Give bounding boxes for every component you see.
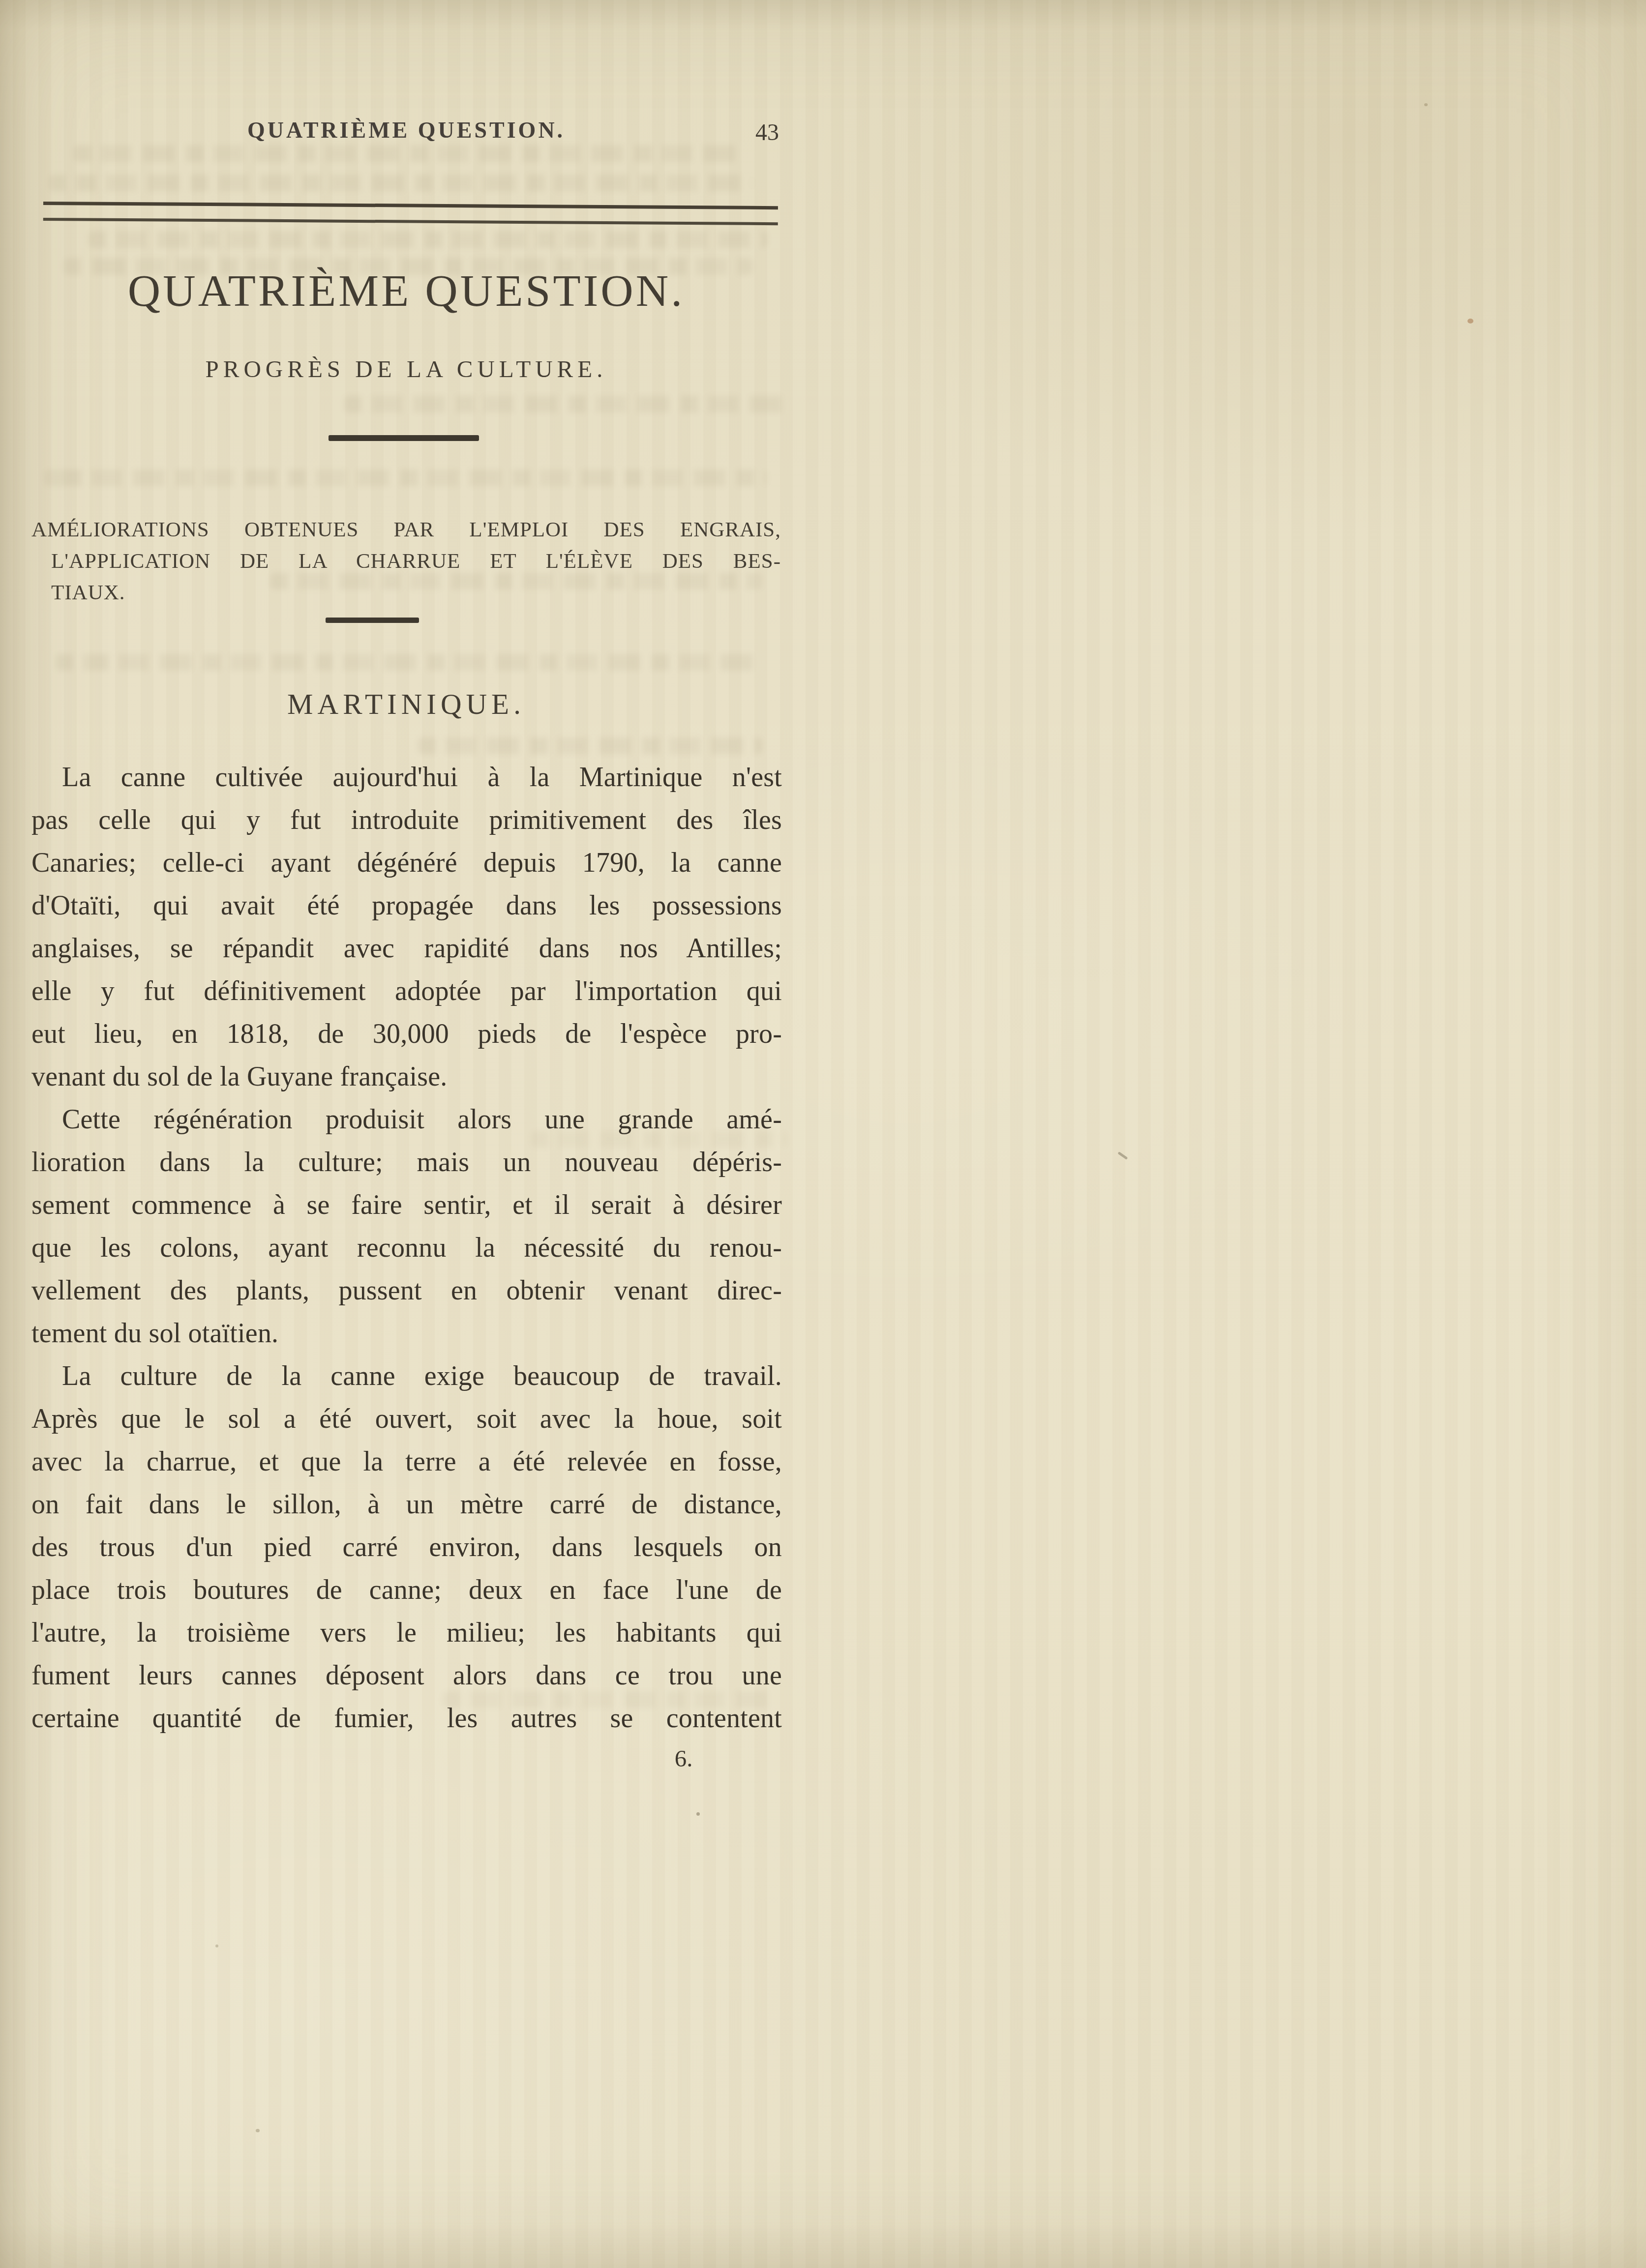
section-heading-line: TIAUX.	[31, 577, 781, 609]
text-line: La culture de la canne exige beaucoup de…	[31, 1355, 782, 1398]
text-line: Canaries; celle-ci ayant dégénéré depuis…	[31, 842, 782, 884]
paper-speck	[215, 1944, 218, 1947]
text-line: l'autre, la troisième vers le milieu; le…	[31, 1612, 782, 1654]
section-heading: AMÉLIORATIONS OBTENUES PAR L'EMPLOI DES …	[31, 514, 781, 609]
text-line: La canne cultivée aujourd'hui à la Marti…	[31, 756, 782, 799]
region-heading: MARTINIQUE.	[31, 687, 781, 721]
bleed-through-smudge	[54, 654, 762, 671]
text-line: sement commence à se faire sentir, et il…	[31, 1184, 782, 1227]
text-line: elle y fut définitivement adoptée par l'…	[31, 970, 782, 1013]
text-line: des trous d'un pied carré environ, dans …	[31, 1526, 782, 1569]
text-line: Après que le sol a été ouvert, soit avec…	[31, 1398, 782, 1441]
chapter-title: QUATRIÈME QUESTION.	[31, 265, 781, 317]
running-header: QUATRIÈME QUESTION.	[31, 117, 781, 143]
section-heading-line: AMÉLIORATIONS OBTENUES PAR L'EMPLOI DES …	[31, 514, 781, 546]
text-line: que les colons, ayant reconnu la nécessi…	[31, 1227, 782, 1269]
text-line: anglaises, se répandit avec rapidité dan…	[31, 927, 782, 970]
paragraph-1: La canne cultivée aujourd'hui à la Marti…	[31, 756, 782, 1098]
page-number: 43	[738, 119, 797, 146]
text-line: certaine quantité de fumier, les autres …	[31, 1697, 782, 1740]
paper-speck	[256, 2129, 260, 2132]
bleed-through-smudge	[418, 737, 762, 754]
body-text: La canne cultivée aujourd'hui à la Marti…	[31, 756, 782, 1740]
text-line: on fait dans le sillon, à un mètre carré…	[31, 1483, 782, 1526]
short-rule-divider-2	[326, 618, 419, 623]
bleed-through-smudge	[89, 231, 767, 248]
bleed-through-smudge	[49, 175, 752, 191]
text-line: eut lieu, en 1818, de 30,000 pieds de l'…	[31, 1013, 782, 1056]
bleed-through-smudge	[74, 145, 738, 162]
paragraph-3: La culture de la canne exige beaucoup de…	[31, 1355, 782, 1740]
double-rule-divider	[43, 202, 778, 225]
paragraph-2: Cette régénération produisit alors une g…	[31, 1098, 782, 1355]
text-line: lioration dans la culture; mais un nouve…	[31, 1141, 782, 1184]
text-line: venant du sol de la Guyane française.	[31, 1056, 782, 1098]
paper-speck	[1467, 319, 1473, 324]
paper-speck	[696, 1812, 700, 1816]
text-line: tement du sol otaïtien.	[31, 1312, 782, 1355]
section-heading-line: L'APPLICATION DE LA CHARRUE ET L'ÉLÈVE D…	[31, 546, 781, 577]
text-line: Cette régénération produisit alors une g…	[31, 1098, 782, 1141]
paper-speck	[1424, 103, 1428, 106]
short-rule-divider	[329, 435, 479, 441]
text-line: pas celle qui y fut introduite primitive…	[31, 799, 782, 842]
bleed-through-smudge	[344, 396, 787, 412]
book-page-scan: QUATRIÈME QUESTION. 43 QUATRIÈME QUESTIO…	[0, 0, 1646, 2268]
text-line: vellement des plants, pussent en obtenir…	[31, 1269, 782, 1312]
text-line: place trois boutures de canne; deux en f…	[31, 1569, 782, 1612]
paper-speck	[1118, 1151, 1128, 1160]
text-line: d'Otaïti, qui avait été propagée dans le…	[31, 884, 782, 927]
bleed-through-smudge	[44, 470, 767, 486]
signature-mark: 6.	[649, 1744, 718, 1772]
chapter-subtitle: PROGRÈS DE LA CULTURE.	[31, 355, 781, 383]
text-line: avec la charrue, et que la terre a été r…	[31, 1441, 782, 1483]
text-line: fument leurs cannes déposent alors dans …	[31, 1654, 782, 1697]
running-header-title: QUATRIÈME QUESTION.	[247, 118, 565, 143]
